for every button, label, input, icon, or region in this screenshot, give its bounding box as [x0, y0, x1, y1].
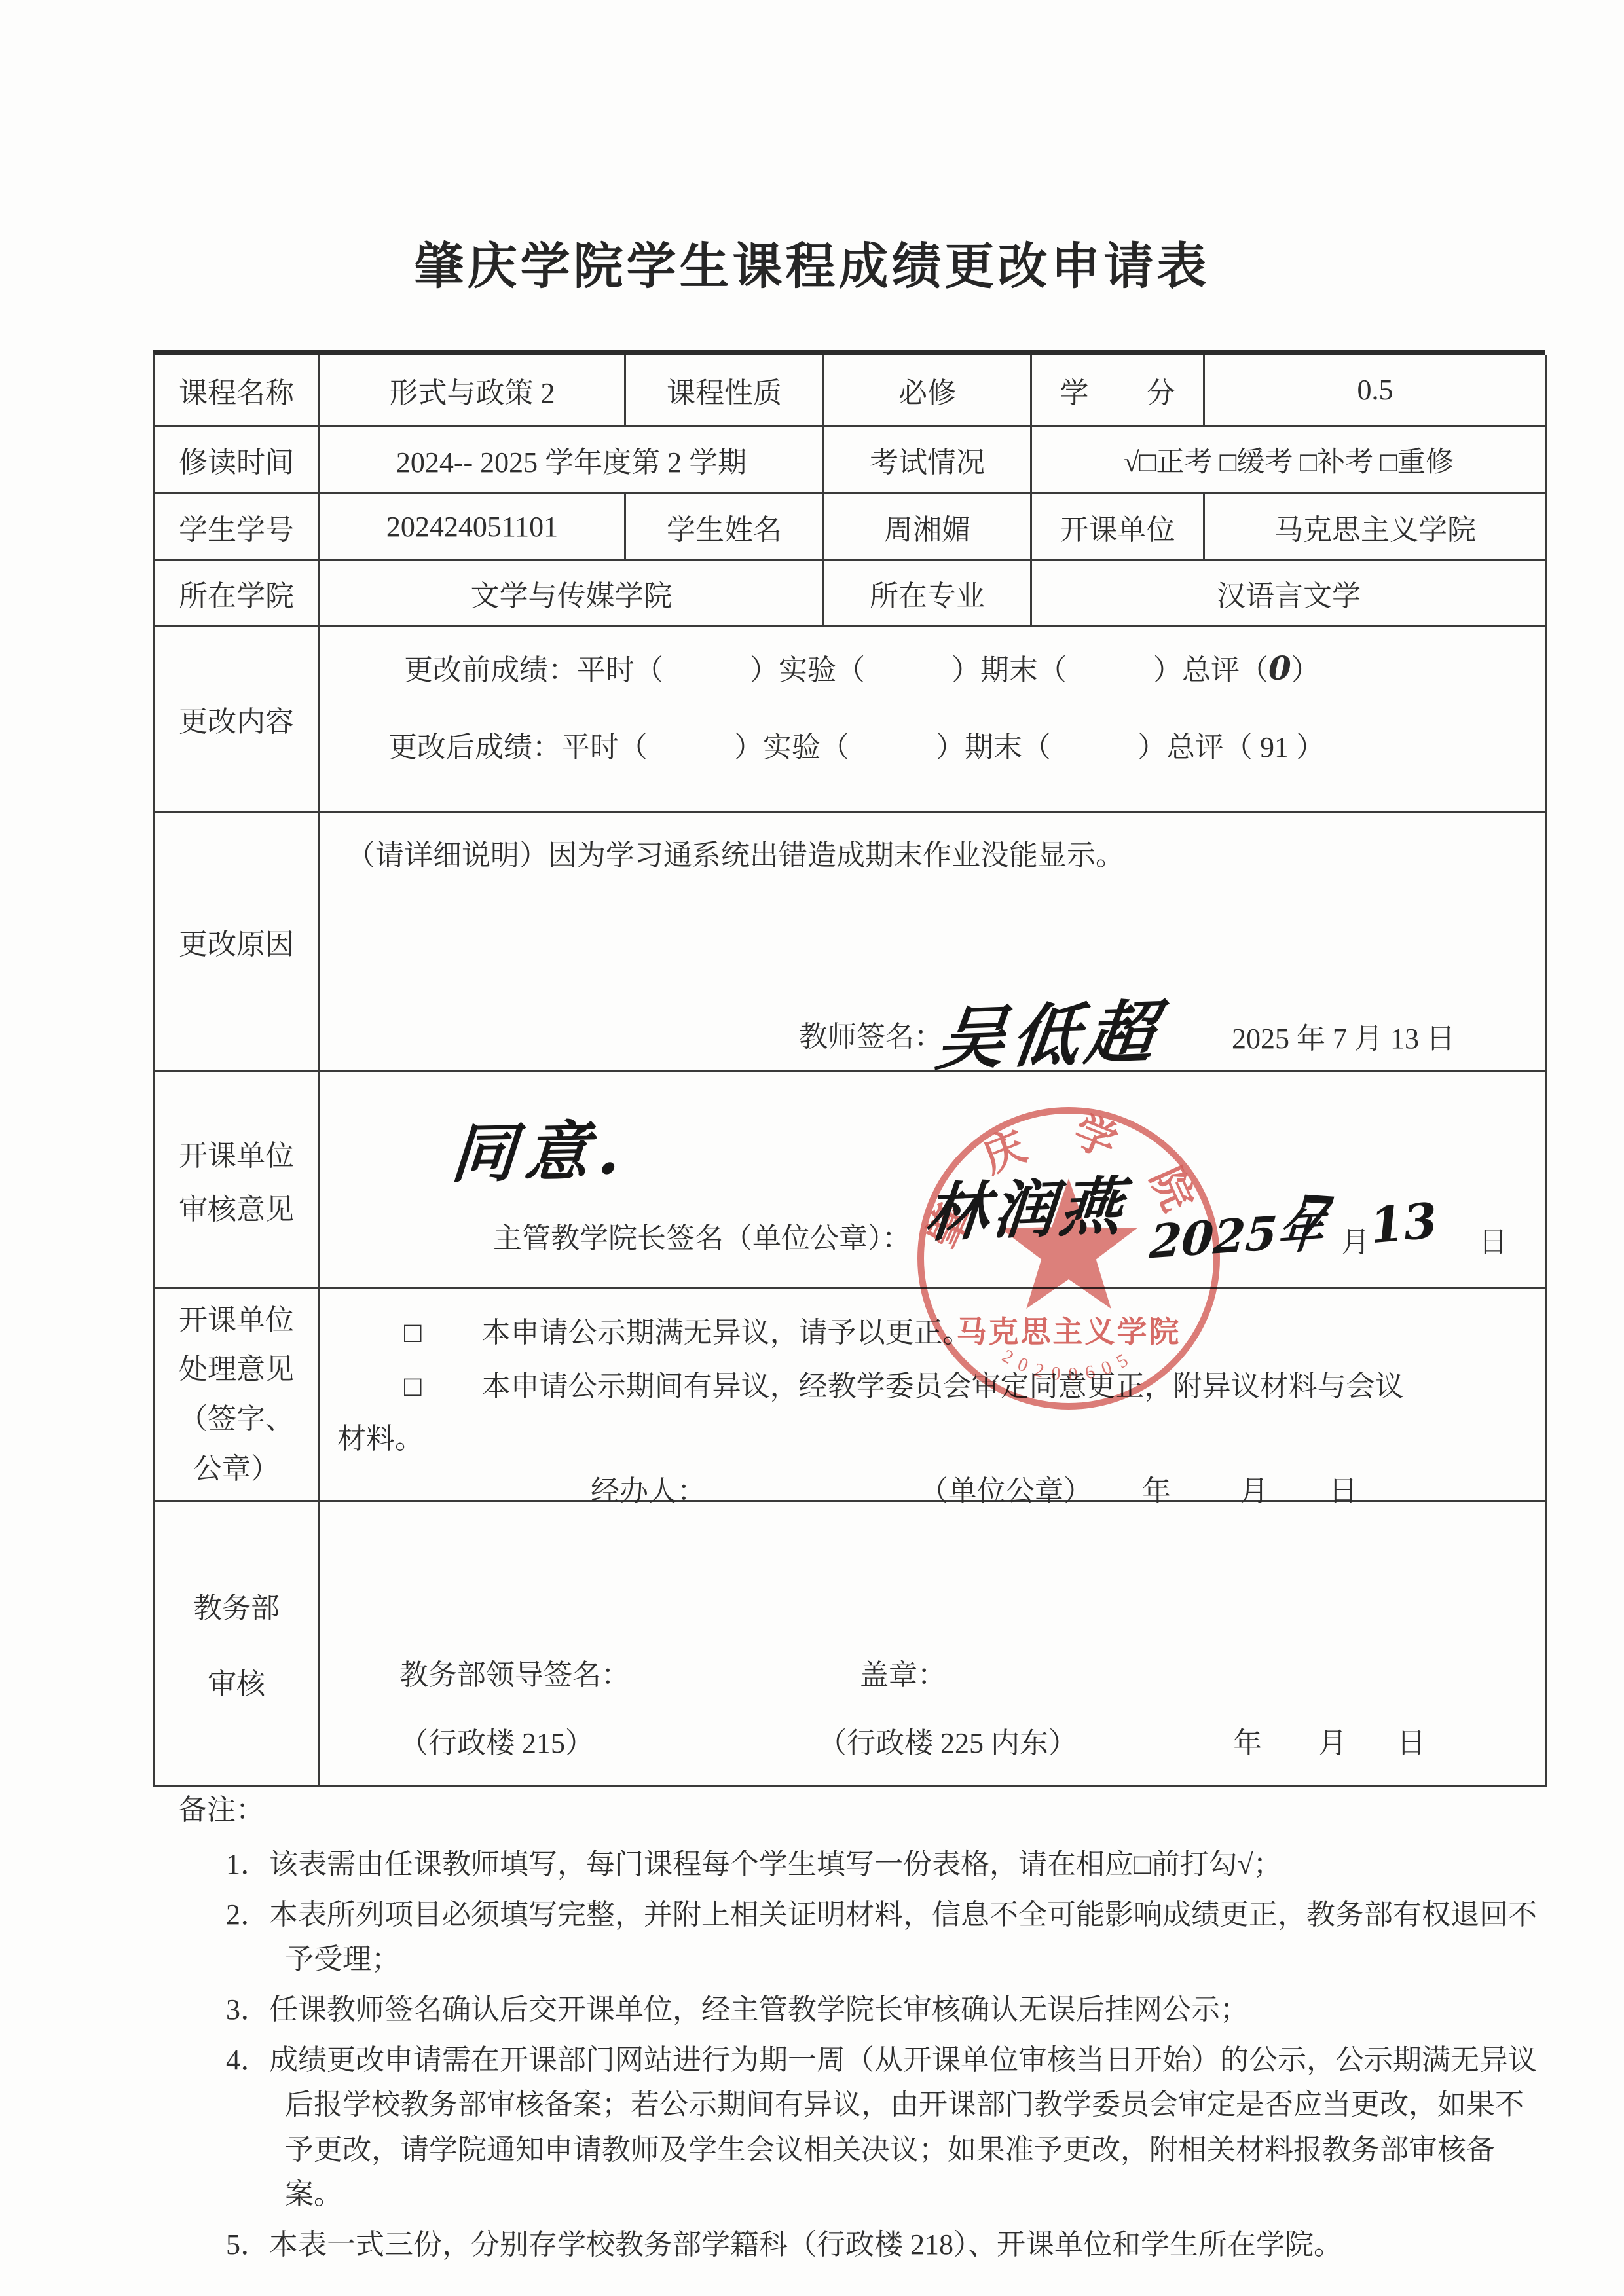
decision-option1-text: 本申请公示期满无异议，请予以更正。 — [482, 1317, 972, 1349]
dean-sign-day-handwritten: 13 — [1367, 1193, 1439, 1255]
grade-before-line: 更改前成绩：平时（ ）实验（ ）期末（ ）总评（0） — [404, 646, 1320, 688]
unit-decision-label-line1: 开课单位 — [179, 1296, 294, 1345]
dean-sign-month-unit: 月 — [1341, 1218, 1370, 1260]
dept-office2: （行政楼 225 内东） — [818, 1719, 1077, 1761]
dean-sign-month-handwritten: 7 — [1293, 1182, 1336, 1250]
dept-review-cell: 教务部领导签名： 盖章： （行政楼 215） （行政楼 225 内东） 年 月 … — [320, 1502, 1547, 1787]
change-reason-description: （请详细说明）因为学习通系统出错造成期末作业没能显示。 — [346, 831, 1124, 873]
document-page: 肇庆学院学生课程成绩更改申请表 课程名称 形式与政策 2 课程性质 必修 学 分… — [0, 0, 1624, 2296]
grade-after-line: 更改后成绩：平时（ ）实验（ ）期末（ ）总评（ 91 ） — [388, 723, 1325, 765]
dept-review-label-line1: 教务部 — [193, 1584, 280, 1626]
note-item-5: 5．本表一式三份，分别存学校教务部学籍科（行政楼 218）、开课单位和学生所在学… — [226, 2223, 1545, 2268]
dept-leader-sign-label: 教务部领导签名： — [399, 1651, 630, 1693]
unit-review-label-line2: 审核意见 — [179, 1186, 294, 1228]
dean-sign-label: 主管教学院长签名（单位公章）： — [493, 1214, 911, 1256]
decision-option1-line: □本申请公示期满无异议，请予以更正。 — [404, 1309, 972, 1351]
dean-signature-handwritten: 林润燕 — [922, 1156, 1130, 1253]
dept-month-unit: 月 — [1318, 1719, 1347, 1761]
dean-sign-day-unit: 日 — [1479, 1218, 1507, 1260]
course-type-value: 必修 — [824, 355, 1032, 427]
student-id-value: 202424051101 — [320, 494, 626, 561]
grade-before-suffix: ） — [1291, 654, 1320, 686]
credit-label: 学 分 — [1032, 355, 1205, 427]
grade-before-prefix: 更改前成绩：平时（ ）实验（ ）期末（ ）总评（ — [404, 654, 1268, 686]
dept-seal-label: 盖章： — [860, 1651, 946, 1693]
decision-option2-checkbox: □ — [404, 1370, 422, 1402]
note-item-4: 4．成绩更改申请需在开课部门网站进行为期一周（从开课单位审核当日开始）的公示，公… — [226, 2038, 1545, 2218]
form-title: 肇庆学院学生课程成绩更改申请表 — [0, 227, 1624, 298]
stamp-unit-name: 马克思主义学院 — [957, 1315, 1181, 1349]
change-reason-cell: （请详细说明）因为学习通系统出错造成期末作业没能显示。 教师签名： 2025 年… — [320, 813, 1547, 1072]
note-item-2: 2．本表所列项目必须填写完整，并附上相关证明材料，信息不全可能影响成绩更正，教务… — [226, 1893, 1545, 1982]
note-item-3: 3．任课教师签名确认后交开课单位，经主管教学院长审核确认无误后挂网公示； — [226, 1988, 1545, 2033]
notes-section: 备注： 1．该表需由任课教师填写，每门课程每个学生填写一份表格，请在相应□前打勾… — [178, 1786, 1545, 2273]
major-value: 汉语言文学 — [1032, 561, 1547, 627]
college-label: 所在学院 — [155, 561, 320, 627]
teacher-signature-handwritten: 吴低超 — [932, 977, 1168, 1084]
dept-review-label: 教务部 审核 — [155, 1502, 320, 1787]
stamp-serial-number: 20200605 — [999, 1345, 1139, 1385]
dept-office1: （行政楼 215） — [399, 1719, 594, 1761]
unit-review-label: 开课单位 审核意见 — [155, 1072, 320, 1289]
unit-decision-label-line4: 公章） — [193, 1444, 280, 1494]
study-time-value: 2024-- 2025 学年度第 2 学期 — [320, 427, 824, 494]
course-unit-value: 马克思主义学院 — [1205, 494, 1547, 561]
unit-decision-label-line2: 处理意见 — [179, 1345, 294, 1394]
unit-review-label-line1: 开课单位 — [179, 1132, 294, 1174]
unit-decision-label: 开课单位 处理意见 （签字、 公章） — [155, 1289, 320, 1502]
change-content-cell: 更改前成绩：平时（ ）实验（ ）期末（ ）总评（0） 更改后成绩：平时（ ）实验… — [320, 627, 1547, 813]
dept-review-label-line2: 审核 — [208, 1660, 265, 1702]
exam-status-options: √□正考 □缓考 □补考 □重修 — [1032, 427, 1547, 494]
student-name-label: 学生姓名 — [626, 494, 824, 561]
svg-text:20200605: 20200605 — [999, 1345, 1139, 1385]
notes-heading: 备注： — [178, 1786, 1545, 1828]
decision-option2-line: □本申请公示期间有异议，经教学委员会审定同意更正，附异议材料与会议 — [404, 1362, 1404, 1404]
teacher-sign-date: 2025 年 7 月 13 日 — [1232, 1015, 1455, 1057]
student-name-value: 周湘媚 — [824, 494, 1032, 561]
teacher-sign-label: 教师签名： — [799, 1013, 943, 1055]
unit-decision-label-line3: （签字、 — [179, 1394, 294, 1444]
grade-change-form-table: 课程名称 形式与政策 2 课程性质 必修 学 分 0.5 修读时间 2024--… — [153, 350, 1545, 1787]
course-type-label: 课程性质 — [626, 355, 824, 427]
study-time-label: 修读时间 — [155, 427, 320, 494]
change-content-label: 更改内容 — [155, 627, 320, 813]
college-value: 文学与传媒学院 — [320, 561, 824, 627]
decision-option2-continuation: 材料。 — [337, 1415, 424, 1457]
credit-value: 0.5 — [1205, 355, 1547, 427]
note-item-1: 1．该表需由任课教师填写，每门课程每个学生填写一份表格，请在相应□前打勾√； — [226, 1842, 1545, 1887]
student-id-label: 学生学号 — [155, 494, 320, 561]
dept-day-unit: 日 — [1397, 1719, 1426, 1761]
approval-handwritten: 同意. — [449, 1100, 633, 1195]
major-label: 所在专业 — [824, 561, 1032, 627]
dept-year-unit: 年 — [1233, 1719, 1262, 1761]
decision-option1-checkbox: □ — [404, 1317, 422, 1349]
grade-before-total-handwritten: 0 — [1268, 649, 1291, 687]
course-name-value: 形式与政策 2 — [320, 355, 626, 427]
exam-status-label: 考试情况 — [824, 427, 1032, 494]
change-reason-label: 更改原因 — [155, 813, 320, 1072]
course-unit-label: 开课单位 — [1032, 494, 1205, 561]
course-name-label: 课程名称 — [155, 355, 320, 427]
